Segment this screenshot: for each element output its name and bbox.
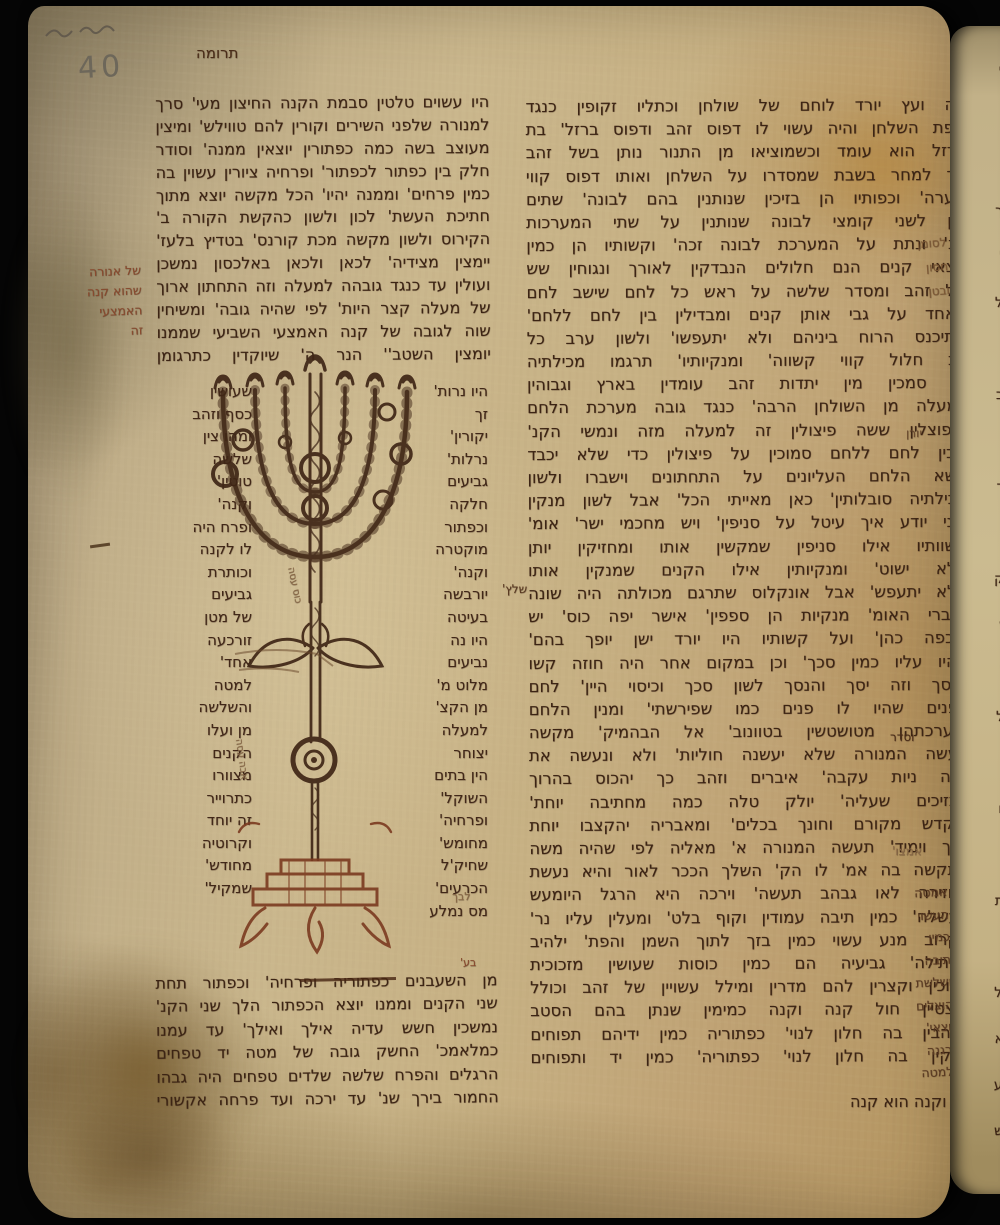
text-line: הן סמכין מין יתדות זהב עומדין בארץ וגבוה… xyxy=(527,371,967,396)
text-line: מתקשה בה אמ' לו הק' השלך הככר לאור והיא … xyxy=(529,858,969,883)
fore-edge-letter: של xyxy=(972,970,1000,1016)
text-line: חתיכת העשת' לכון ולשון כהקשת הקורה ב' xyxy=(156,205,490,230)
text-line: שתיכנס הרוח ביניהם ולא יתעפשו' ולשון ערב… xyxy=(527,325,967,350)
text-line: חלק בין כפתור לכפתור' ופרחיה ציורין עשוי… xyxy=(156,160,490,185)
fore-edge-letter: בת xyxy=(972,878,1000,924)
right-margin-note-top: לסומןחסוןובטן xyxy=(892,230,951,306)
fore-edge-letter: הל xyxy=(972,280,1000,326)
fore-edge-letter: מ' xyxy=(972,234,1000,280)
text-line: קערה' וכפותיו הן בזיכין שנותנין בהם לבונ… xyxy=(526,186,966,211)
fore-edge-letter: יש xyxy=(972,602,1000,648)
fore-edge-letter: ת xyxy=(972,326,1000,372)
text-line: יימצין מצידיה' לכאן ולכאן באלכסון נמשכן xyxy=(156,251,490,276)
margin-note-line: האמצעי xyxy=(50,300,143,323)
left-column: היו עשוים טלטין סבמת הקנה החיצון מעי' סר… xyxy=(155,91,491,368)
fore-edge-letter: בש xyxy=(972,1108,1000,1154)
text-line: הבזיכים שעליה' יולק טלה כמה מחתיבה יוחת' xyxy=(529,788,969,813)
fore-edge-letter: מע xyxy=(972,1062,1000,1108)
text-line: של מעלה קצר היות' לפי שהיה גובה' ומשיחין xyxy=(156,297,490,322)
gloss-yoran: יורן xyxy=(906,426,922,440)
fore-edge-letter: בי xyxy=(972,96,1000,142)
menorah-drawing xyxy=(205,352,455,980)
margin-note-line: תיבה xyxy=(894,948,951,973)
text-line: יתכפה כהן' ועל קשותיו היו יורד ישן יופך … xyxy=(528,626,968,651)
fore-edge-letter: ד xyxy=(972,832,1000,878)
text-line: היו עשוים טלטין סבמת הקנה החיצון מעי' סר… xyxy=(155,91,489,116)
fore-edge-letter: דר xyxy=(972,464,1000,510)
fore-edge-letter: ש' xyxy=(972,50,1000,96)
text-line: מן השעבנים כפתוריה ופרחיה' וכפתור תחת xyxy=(155,968,497,995)
fore-edge-letter: ה' xyxy=(972,648,1000,694)
text-line: וזה ועץ יורד לוחם של שולחן וכתליו זקופין… xyxy=(525,93,965,118)
fore-edge-letter: ם xyxy=(972,924,1000,970)
text-line: תעשה המנורה שלא יעשנה חוליות' ולא ונעשה … xyxy=(529,742,969,767)
fore-edge-letters: ש'ביטאךמ'הלתבבשדרמבקישה'בלץשודבתםשלבאמעב… xyxy=(972,50,1000,1154)
text-line: עד למחר בשבת שמסדרו על השלחן ואותו דפוס … xyxy=(526,162,966,187)
fore-edge-letter: ץ xyxy=(972,740,1000,786)
margin-note-line: הוצלים xyxy=(897,993,954,1018)
text-line: ועולין עד כנגד גובהה למעלה וזה התחתון אר… xyxy=(156,274,490,299)
margin-dash xyxy=(90,543,110,548)
margin-note-line: יוצאי' xyxy=(898,1015,955,1040)
fore-edge-letter: בא xyxy=(972,1016,1000,1062)
text-line: שוה לגובה של קנה האמצעי השביעי שממנו xyxy=(157,320,491,345)
margin-note-line: אמטה xyxy=(891,881,948,906)
text-line: קשוותיו אילו סניפין שמקשין אותו ומחזיקין… xyxy=(528,533,968,558)
gloss-emtzo: אמצו' xyxy=(892,844,922,858)
manuscript-photo: 40 תרומה של אנורהשהוא קנההאמצעיזה היו עש… xyxy=(0,0,1000,1225)
text-line: שלא ישוט' ומנקיותין אילו הקנים שמנקין או… xyxy=(528,557,968,582)
fore-edge-letter: בב xyxy=(972,372,1000,418)
bottom-left-paragraph: מן השעבנים כפתוריה ופרחיה' וכפתור תחתשני… xyxy=(155,968,498,1112)
text-line: הנסך וזה יסך והנסך לשון סכך וכיסוי היין'… xyxy=(528,673,968,698)
margin-note-line: כמין xyxy=(893,926,950,951)
header-word: תרומה xyxy=(196,44,238,62)
text-line: למנורה שלפני השירים וקורין להם טווילש' ו… xyxy=(155,114,489,139)
margin-note-line: העשוי xyxy=(892,903,949,928)
fore-edge-letter: ש xyxy=(972,418,1000,464)
text-line: הקירוס ולשון מקשה מכת קורנס' בטדיץ בלעז' xyxy=(156,228,490,253)
fore-edge-next-folio: ש'ביטאךמ'הלתבבשדרמבקישה'בלץשודבתםשלבאמעב… xyxy=(950,26,1000,1194)
text-line: מעוצב בשה כמה כפתורין יוצאין ממנה' וסודר xyxy=(155,137,489,162)
fore-edge-letter: שו xyxy=(972,786,1000,832)
text-line: ומפוצלין ששה פיצולין זה למעלה מזה ונמשי … xyxy=(527,417,967,442)
text-line: מכילתיה סובלותין' כאן מאייתי הכל' אבל לש… xyxy=(528,487,968,512)
margin-note-line: ובטן xyxy=(895,278,951,306)
right-margin-note-bottom: אמטההעשויכמיןתיבהושלשתהוצליםיוצאי'ורגנהו… xyxy=(891,881,958,1086)
text-line: למעלה מן השולחן הרבה' כנגד גובה מערכת הל… xyxy=(527,394,967,419)
text-line: ברזל הוא עומד וכשמוציאו מן התנור נותן בש… xyxy=(526,139,966,164)
gloss-levach: לבך xyxy=(452,890,471,903)
manuscript-page: 40 תרומה של אנורהשהוא קנההאמצעיזה היו עש… xyxy=(28,6,950,1218)
text-line: כמין פרחים' וממנה יהיו' הכל מקשה יוצא מת… xyxy=(156,183,490,208)
text-line: נמשכין חשש עדיה אילך ואילך' עד עמנו xyxy=(156,1015,498,1042)
stain xyxy=(8,186,128,506)
text-line: רב חלול קווי קשווה' ומנקיותיו' תרגמו מכי… xyxy=(527,348,967,373)
text-line: כדברי האומ' מנקיות הן ספפין' אישר יפה כו… xyxy=(528,603,968,628)
text-line: הין לשני קומצי לבונה שנותנין על שתי המער… xyxy=(526,209,966,234)
fore-edge-letter: מ xyxy=(972,510,1000,556)
text-line: משא הלחם העליונים על התחתונים וישברו ולש… xyxy=(527,464,967,489)
margin-note-line: ולמטה xyxy=(900,1060,957,1085)
text-line: שלא יתעפש' אבל אונקלוס שתרגם מכולתה היה … xyxy=(528,580,968,605)
fore-edge-letter: אך xyxy=(972,188,1000,234)
margin-note-line: זה xyxy=(51,320,144,343)
text-line: כמלאמכ' החשק גובה של מטה יד טפחים xyxy=(156,1038,498,1065)
catchline: וקנה הוא קנה xyxy=(850,1092,946,1111)
pen-scribble xyxy=(40,18,150,52)
text-line: הרגלים והפרח שלשה שלדים טפחים היה גבהו xyxy=(156,1062,498,1089)
fore-edge-letter: ט xyxy=(972,142,1000,188)
text-line: שהיו עליו כמין סכך' וכן במקום אחר היה חו… xyxy=(528,649,968,674)
text-line: שפת השלחן והיה עשוי לו דפוס זהב ודפוס בר… xyxy=(526,116,966,141)
text-line: שבין לחם ללחם סמוכין על פיצולין כדי שלא … xyxy=(527,441,967,466)
text-line: והקדש מקורם וחונך בכלים' ומאבריה יהקצבו … xyxy=(529,812,969,837)
text-line: הפנים שהיו לו פנים כמו שפירשתי' ומנין הל… xyxy=(529,696,969,721)
gloss-shelets: שלץ' xyxy=(502,582,527,596)
text-line: קנה ניות עקבה' איברים וזהב כך יהכוס בהרו… xyxy=(529,765,969,790)
folio-number: 40 xyxy=(77,49,125,86)
left-margin-note: של אנורהשהוא קנההאמצעיזה xyxy=(49,260,144,343)
margin-note-line: ושלשת xyxy=(895,971,952,996)
text-line: היני יודע איך עיטל על סניפין' ויש מחכמי … xyxy=(528,510,968,535)
fore-edge-letter: בק xyxy=(972,556,1000,602)
text-line: החמור בירך שנ' עד ירכה ועד פרחה אקשורי xyxy=(156,1085,498,1112)
fore-edge-letter: בל xyxy=(972,694,1000,740)
gloss-be: בע' xyxy=(460,956,476,969)
margin-note-line: ורגנה xyxy=(899,1038,956,1063)
text-line: שני הקנים וממנו יוצא הכפתור הלך שני הקנ' xyxy=(156,992,498,1019)
gloss-vseder: וסדר xyxy=(890,730,914,744)
